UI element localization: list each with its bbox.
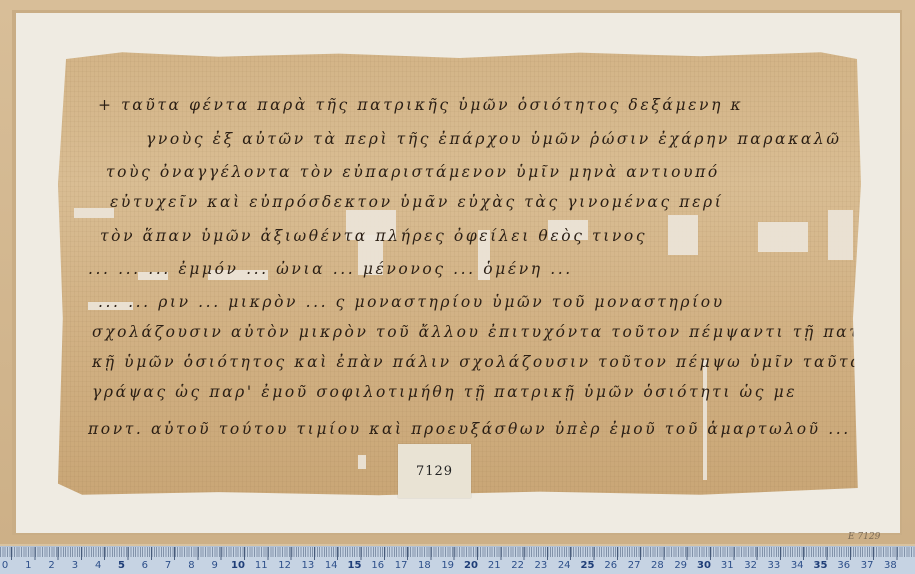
ruler-number: 37 [861, 560, 874, 571]
ruler-number: 34 [791, 560, 804, 571]
inventory-number: 7129 [416, 464, 453, 479]
ruler-number: 21 [488, 560, 501, 571]
ruler-number: 4 [95, 560, 101, 571]
ruler-number: 5 [118, 560, 125, 571]
ruler-number: 31 [721, 560, 734, 571]
text-line-7: ... ... ριν ... μικρὸν ... ς μοναστηρίου… [98, 293, 725, 311]
ruler-number: 25 [581, 560, 595, 571]
papyrus-lacuna [668, 215, 698, 255]
ruler-number: 6 [142, 560, 148, 571]
text-line-5: τὸν ἅπαν ὑμῶν ἀξιωθέντα πλήρες ὀφείλει θ… [100, 227, 647, 245]
ruler-number: 12 [278, 560, 291, 571]
ruler-number: 1 [25, 560, 31, 571]
papyrus-lacuna [758, 222, 808, 252]
ruler-number: 2 [48, 560, 54, 571]
ruler-number: 29 [674, 560, 687, 571]
ruler-number: 15 [348, 560, 362, 571]
ruler-number: 30 [697, 560, 711, 571]
frame-inventory-note: E 7129 [848, 532, 880, 542]
papyrus-sheet: + ταῦτα φέντα παρὰ τῆς πατρικῆς ὑμῶν ὁσι… [58, 50, 861, 497]
ruler-number: 24 [558, 560, 571, 571]
ruler-number: 28 [651, 560, 664, 571]
ruler-number: 32 [744, 560, 757, 571]
papyrus-lacuna [358, 455, 366, 469]
ruler-number: 20 [464, 560, 478, 571]
ruler-number: 19 [441, 560, 454, 571]
ruler-number: 23 [535, 560, 548, 571]
text-line-9: κῇ ὑμῶν ὁσιότητος καὶ ἐπὰν πάλιν σχολάζο… [92, 353, 863, 371]
ruler-number: 10 [231, 560, 245, 571]
papyrus-lacuna [828, 210, 853, 260]
ruler-number: 33 [768, 560, 781, 571]
ruler-number: 36 [837, 560, 850, 571]
text-line-6: ... ... ... ἐμμόν ... ὠνια ... μένονος .… [88, 260, 573, 278]
ruler-number: 0 [2, 560, 8, 571]
ruler-number: 38 [884, 560, 897, 571]
text-line-2: γνοὺς ἐξ αὐτῶν τὰ περὶ τῆς ἐπάρχου ὑμῶν … [146, 130, 842, 148]
ruler-number: 13 [302, 560, 315, 571]
ruler-number: 8 [188, 560, 194, 571]
text-line-11: ποντ. αὐτοῦ τούτου τιμίου καὶ πρoευξάσθω… [88, 420, 851, 438]
ruler-number: 35 [814, 560, 828, 571]
ruler-number: 17 [395, 560, 408, 571]
ruler-number: 22 [511, 560, 524, 571]
ruler-number: 9 [212, 560, 218, 571]
text-line-3: τοὺς ὀναγγέλοντα τὸν εὐπαριστάμενον ὑμῖν… [106, 163, 720, 181]
ruler-number: 7 [165, 560, 171, 571]
text-line-10: γράψας ὡς παρ' ἐμοῦ σοφιλοτιμήθη τῇ πατρ… [92, 383, 797, 401]
ruler-number: 18 [418, 560, 431, 571]
ruler-number: 27 [628, 560, 641, 571]
text-line-4: εὐτυχεῖν καὶ εὐπρόσδεκτον ὑμᾶν εὐχὰς τὰς… [110, 193, 723, 211]
ruler-number: 16 [371, 560, 384, 571]
text-line-8: σχολάζουσιν αὐτὸν μικρὸν τοῦ ἄλλου ἐπιτυ… [92, 323, 881, 341]
ruler-number: 11 [255, 560, 268, 571]
measurement-ruler: 0123456789101112131415161718192021222324… [0, 546, 915, 574]
inventory-label-card: 7129 [398, 444, 471, 498]
ruler-number: 14 [325, 560, 338, 571]
ruler-cm-ticks [11, 547, 915, 560]
ruler-number: 26 [604, 560, 617, 571]
text-line-1: + ταῦτα φέντα παρὰ τῆς πατρικῆς ὑμῶν ὁσι… [98, 96, 743, 114]
ruler-number: 3 [72, 560, 78, 571]
papyrus-lacuna [74, 208, 114, 218]
